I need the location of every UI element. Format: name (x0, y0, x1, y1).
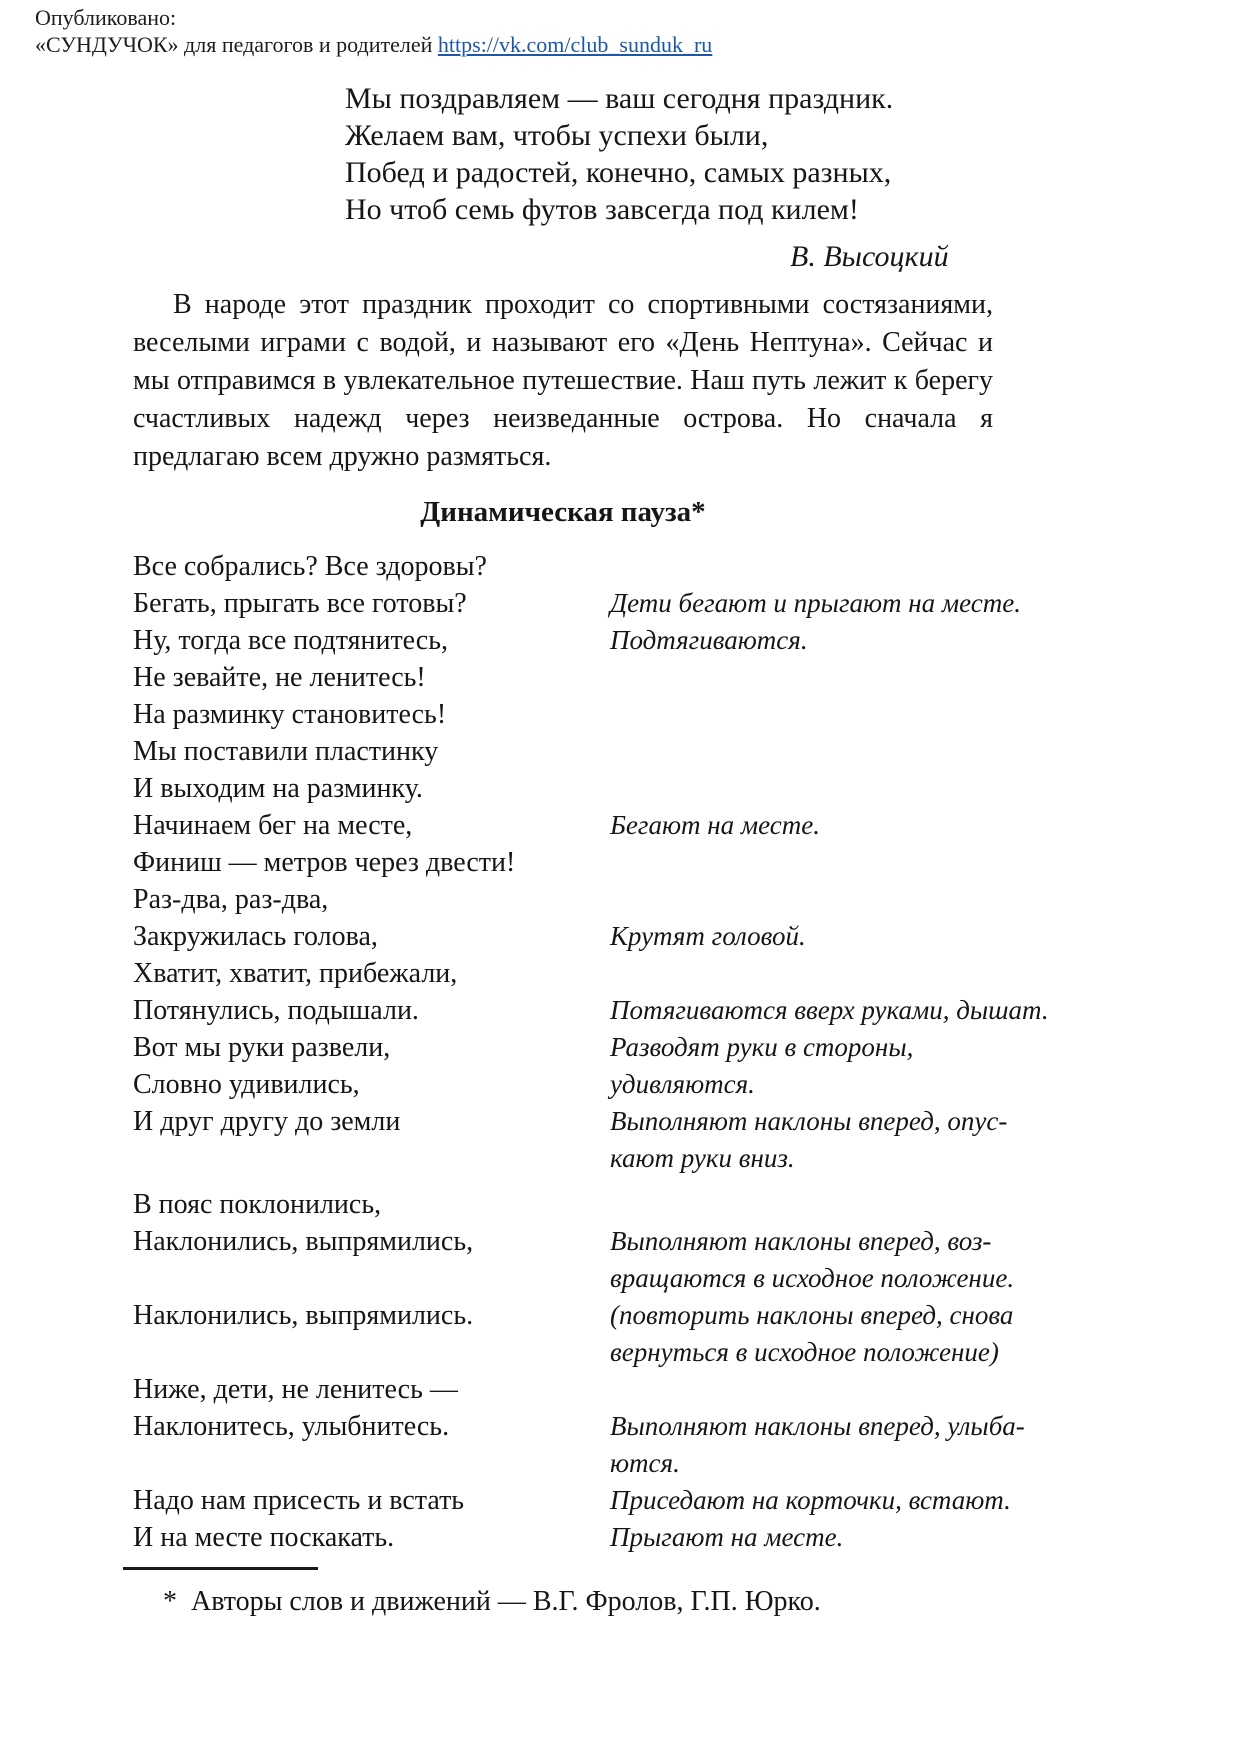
pause-row: В пояс поклонились, (133, 1186, 993, 1223)
movement-line: Крутят головой. (610, 918, 993, 955)
movement-line: ются. (610, 1445, 993, 1482)
verse-line: Наклонитесь, улыбнитесь. (133, 1408, 610, 1445)
movement-line (610, 659, 993, 696)
pause-row: Бегать, прыгать все готовы?Дети бегают и… (133, 585, 993, 622)
pause-row: Вот мы руки развели,Разводят руки в стор… (133, 1029, 993, 1066)
movement-line: удивляются. (610, 1066, 993, 1103)
verse-line: Все собрались? Все здоровы? (133, 548, 610, 585)
movement-line: Выполняют наклоны вперед, опус- (610, 1103, 1007, 1140)
movement-line (610, 1371, 993, 1408)
movement-line: (повторить наклоны вперед, снова (610, 1297, 1013, 1334)
verse-line (133, 1445, 610, 1482)
verse-line: В пояс поклонились, (133, 1186, 610, 1223)
verse-line: Наклонились, выпрямились. (133, 1297, 610, 1334)
movement-line (610, 844, 993, 881)
movement-line: кают руки вниз. (610, 1140, 993, 1177)
verse-line: Наклонились, выпрямились, (133, 1223, 610, 1260)
movement-line: Приседают на корточки, встают. (610, 1482, 1011, 1519)
movement-line (610, 955, 993, 992)
movement-line: вернуться в исходное положение) (610, 1334, 999, 1371)
verse-line: Начинаем бег на месте, (133, 807, 610, 844)
pause-row: Начинаем бег на месте,Бегают на месте. (133, 807, 993, 844)
verse-line (133, 1334, 610, 1371)
verse-line: Вот мы руки развели, (133, 1029, 610, 1066)
section-title: Динамическая пауза* (133, 496, 993, 529)
poem-line: Мы поздравляем — ваш сегодня праздник. (345, 80, 893, 117)
pause-row: И друг другу до землиВыполняют наклоны в… (133, 1103, 993, 1140)
pause-row: Наклонитесь, улыбнитесь.Выполняют наклон… (133, 1408, 993, 1445)
poem-line: Побед и радостей, конечно, самых разных, (345, 154, 893, 191)
vk-club-link[interactable]: https://vk.com/club_sunduk_ru (438, 32, 712, 57)
publication-header: Опубликовано: «СУНДУЧОК» для педагогов и… (35, 4, 712, 58)
movement-line: Выполняют наклоны вперед, улыба- (610, 1408, 1025, 1445)
verse-line: Словно удивились, (133, 1066, 610, 1103)
movement-line (610, 696, 993, 733)
poem-line: Но чтоб семь футов завсегда под килем! (345, 191, 893, 228)
pause-row: Словно удивились,удивляются. (133, 1066, 993, 1103)
verse-line (133, 1140, 610, 1177)
movement-line (610, 733, 993, 770)
greeting-poem: Мы поздравляем — ваш сегодня праздник. Ж… (345, 80, 893, 228)
pause-row: И на месте поскакать.Прыгают на месте. (133, 1519, 993, 1556)
pause-row: вращаются в исходное положение. (133, 1260, 993, 1297)
published-source-line: «СУНДУЧОК» для педагогов и родителей htt… (35, 31, 712, 58)
pause-row: Финиш — метров через двести! (133, 844, 993, 881)
pause-row: Наклонились, выпрямились,Выполняют накло… (133, 1223, 993, 1260)
pause-row: Потянулись, подышали.Потягиваются вверх … (133, 992, 993, 1029)
verse-line (133, 1260, 610, 1297)
footnote-text: Авторы слов и движений — В.Г. Фролов, Г.… (191, 1586, 821, 1617)
intro-paragraph: В народе этот праздник проходит со спорт… (133, 286, 993, 476)
verse-line: Не зевайте, не ленитесь! (133, 659, 610, 696)
dynamic-pause-table: Все собрались? Все здоровы?Бегать, прыга… (133, 548, 993, 1556)
pause-row: На разминку становитесь! (133, 696, 993, 733)
pause-row: И выходим на разминку. (133, 770, 993, 807)
poem-author: В. Высоцкий (790, 240, 949, 274)
movement-line: вращаются в исходное положение. (610, 1260, 1014, 1297)
pause-row: Надо нам присесть и встатьПриседают на к… (133, 1482, 993, 1519)
verse-line: Закружилась голова, (133, 918, 610, 955)
pause-row: Закружилась голова,Крутят головой. (133, 918, 993, 955)
pause-row: Мы поставили пластинку (133, 733, 993, 770)
verse-line: На разминку становитесь! (133, 696, 610, 733)
poem-line: Желаем вам, чтобы успехи были, (345, 117, 893, 154)
published-label: Опубликовано: (35, 4, 712, 31)
verse-line: Ну, тогда все подтянитесь, (133, 622, 610, 659)
verse-line: Потянулись, подышали. (133, 992, 610, 1029)
pause-row: Ниже, дети, не ленитесь — (133, 1371, 993, 1408)
verse-line: Хватит, хватит, прибежали, (133, 955, 610, 992)
verse-line: Финиш — метров через двести! (133, 844, 610, 881)
verse-line: Бегать, прыгать все готовы? (133, 585, 610, 622)
pause-row: Все собрались? Все здоровы? (133, 548, 993, 585)
movement-line: Бегают на месте. (610, 807, 993, 844)
verse-line: И на месте поскакать. (133, 1519, 610, 1556)
pause-row: вернуться в исходное положение) (133, 1334, 993, 1371)
movement-line (610, 881, 993, 918)
verse-line: Ниже, дети, не ленитесь — (133, 1371, 610, 1408)
verse-line: И выходим на разминку. (133, 770, 610, 807)
movement-line: Потягиваются вверх руками, дышат. (610, 992, 1049, 1029)
footnote-marker: * (163, 1585, 177, 1619)
movement-line: Выполняют наклоны вперед, воз- (610, 1223, 993, 1260)
pause-row: Ну, тогда все подтянитесь,Подтягиваются. (133, 622, 993, 659)
movement-line: Разводят руки в стороны, (610, 1029, 993, 1066)
verse-line: Надо нам присесть и встать (133, 1482, 610, 1519)
document-page: Опубликовано: «СУНДУЧОК» для педагогов и… (0, 0, 1240, 1754)
pause-row: ются. (133, 1445, 993, 1482)
pause-row: Наклонились, выпрямились.(повторить накл… (133, 1297, 993, 1334)
movement-line (610, 770, 993, 807)
pause-row: кают руки вниз. (133, 1140, 993, 1177)
pause-row: Хватит, хватит, прибежали, (133, 955, 993, 992)
footnote-divider (123, 1567, 318, 1570)
verse-line: Раз-два, раз-два, (133, 881, 610, 918)
movement-line: Прыгают на месте. (610, 1519, 993, 1556)
movement-line: Подтягиваются. (610, 622, 993, 659)
pause-row: Не зевайте, не ленитесь! (133, 659, 993, 696)
verse-line: Мы поставили пластинку (133, 733, 610, 770)
movement-line (610, 1186, 993, 1223)
movement-line: Дети бегают и прыгают на месте. (610, 585, 1021, 622)
verse-line: И друг другу до земли (133, 1103, 610, 1140)
source-text: «СУНДУЧОК» для педагогов и родителей (35, 32, 438, 57)
pause-row: Раз-два, раз-два, (133, 881, 993, 918)
movement-line (610, 548, 993, 585)
footnote: *Авторы слов и движений — В.Г. Фролов, Г… (163, 1585, 821, 1619)
